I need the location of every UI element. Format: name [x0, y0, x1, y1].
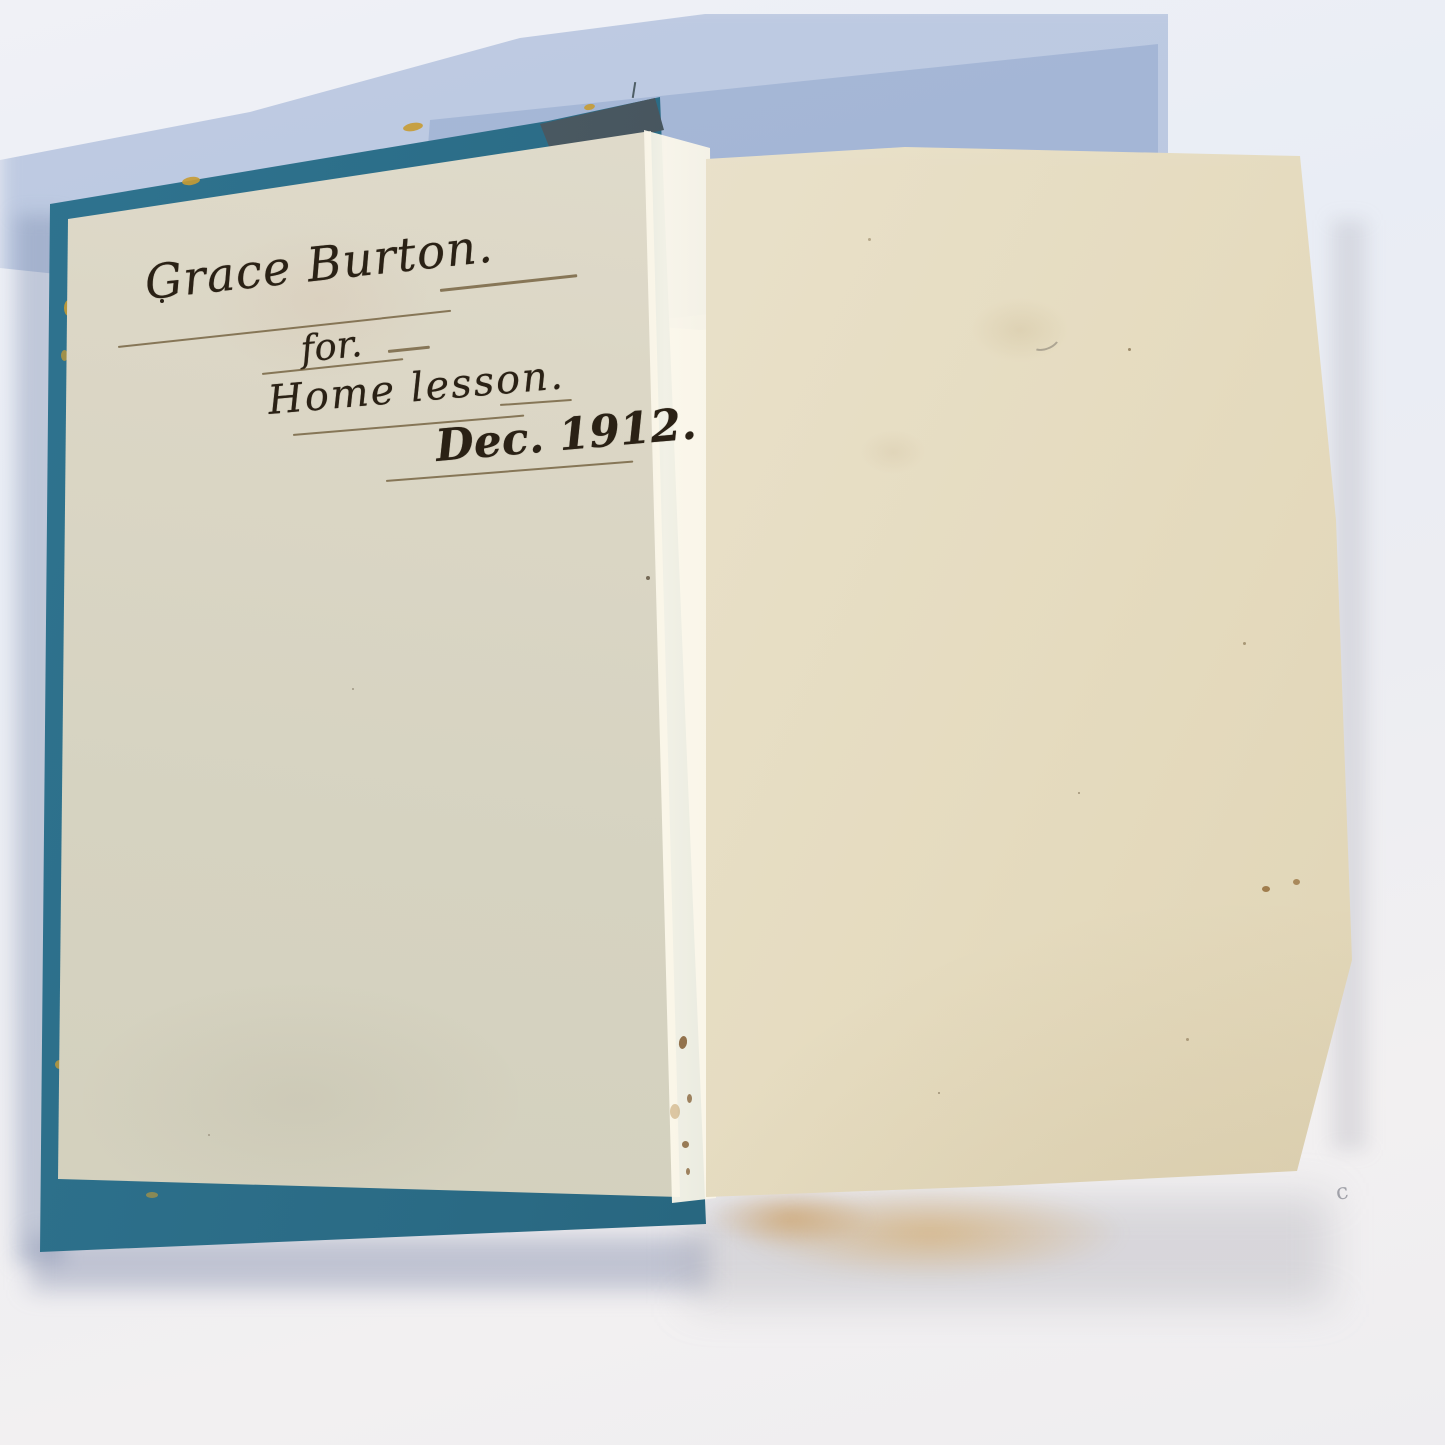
paper-speck	[208, 1134, 210, 1136]
ink-dot	[160, 299, 164, 303]
gutter-foxing	[682, 1141, 689, 1148]
gutter-foxing	[670, 1104, 680, 1119]
paper-speck	[868, 238, 871, 241]
foxing-spot	[1293, 879, 1300, 885]
photo-open-book: Grace Burton. for. Home lesson. Dec. 191…	[0, 0, 1445, 1445]
paper-speck	[1078, 792, 1080, 794]
paper-speck	[1186, 1038, 1189, 1041]
gutter-foxing	[687, 1094, 692, 1103]
paper-speck	[352, 688, 354, 690]
cover-wear-spot	[146, 1192, 158, 1198]
foxing-spot	[1262, 886, 1270, 892]
paper-speck	[938, 1092, 940, 1094]
gutter-foxing	[686, 1168, 690, 1175]
paper-speck	[1128, 348, 1131, 351]
pencil-mark-c: c	[1334, 1179, 1350, 1205]
paper-speck	[646, 576, 650, 580]
paper-speck	[1243, 642, 1246, 645]
